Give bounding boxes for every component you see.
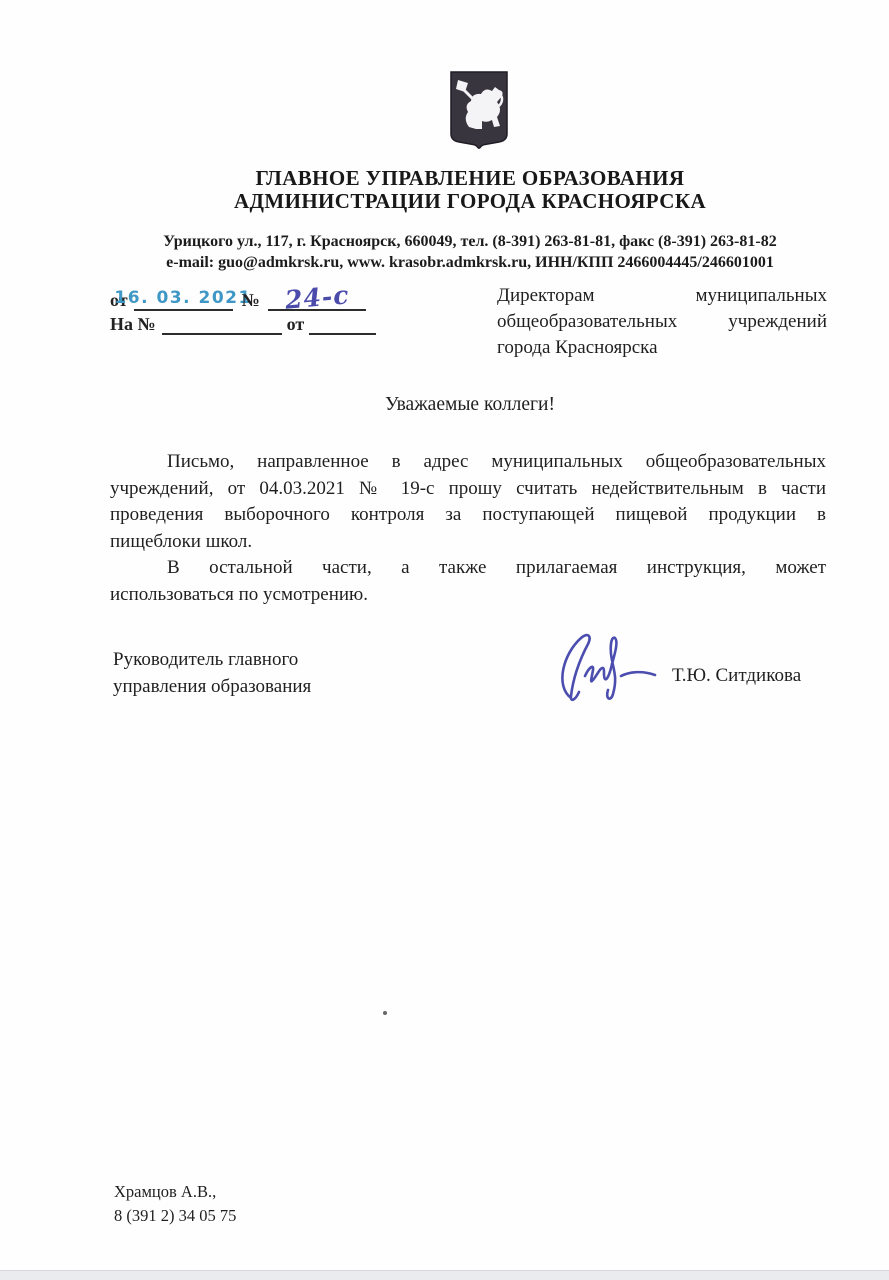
reference-row-reply: На № от xyxy=(110,312,376,335)
scanned-letter-page: ГЛАВНОЕ УПРАВЛЕНИЕ ОБРАЗОВАНИЯ АДМИНИСТР… xyxy=(0,0,889,1280)
executor-phone: 8 (391 2) 34 05 75 xyxy=(114,1204,236,1228)
number-handwritten: 24-с xyxy=(283,280,350,315)
body-line: использоваться по усмотрению. xyxy=(110,582,826,609)
reply-from-label: от xyxy=(287,314,305,335)
recipient-line: города Красноярска xyxy=(497,335,827,361)
recipient-block: Директорам муниципальных общеобразовател… xyxy=(497,283,827,361)
signer-name: Т.Ю. Ситдикова xyxy=(672,665,801,687)
date-stamp: 16. 03. 2021 xyxy=(114,288,251,308)
org-email-line: e-mail: guo@admkrsk.ru, www. krasobr.adm… xyxy=(60,252,880,273)
reply-number-field xyxy=(162,333,282,335)
reply-date-field xyxy=(309,333,376,335)
body-line: учреждений, от 04.03.2021 № 19-с прошу с… xyxy=(110,476,826,503)
reply-label: На № xyxy=(110,314,156,335)
letter-body: Письмо, направленное в адрес муниципальн… xyxy=(110,449,826,608)
signer-position-line: управления образования xyxy=(113,673,413,700)
reference-row-outgoing: от 16. 03. 2021 № 24-с xyxy=(110,286,376,311)
recipient-line: общеобразовательных учреждений xyxy=(497,309,827,335)
body-line: В остальной части, а также прилагаемая и… xyxy=(110,555,826,582)
number-field: 24-с xyxy=(268,283,366,311)
date-field: 16. 03. 2021 xyxy=(134,288,233,311)
body-line: Письмо, направленное в адрес муниципальн… xyxy=(110,449,826,476)
org-name: ГЛАВНОЕ УПРАВЛЕНИЕ ОБРАЗОВАНИЯ АДМИНИСТР… xyxy=(85,167,855,213)
scan-bottom-edge xyxy=(0,1270,889,1280)
org-address-line: Урицкого ул., 117, г. Красноярск, 660049… xyxy=(60,231,880,252)
handwritten-signature-icon xyxy=(543,612,673,714)
signer-position: Руководитель главного управления образов… xyxy=(113,646,413,700)
org-name-line1: ГЛАВНОЕ УПРАВЛЕНИЕ ОБРАЗОВАНИЯ xyxy=(85,167,855,190)
reference-block: от 16. 03. 2021 № 24-с На № от xyxy=(110,286,376,335)
recipient-line: Директорам муниципальных xyxy=(497,283,827,309)
executor-contact: Храмцов А.В., 8 (391 2) 34 05 75 xyxy=(114,1180,236,1227)
executor-name: Храмцов А.В., xyxy=(114,1180,236,1204)
scan-speck xyxy=(383,1011,387,1015)
org-contacts: Урицкого ул., 117, г. Красноярск, 660049… xyxy=(60,231,880,273)
signer-position-line: Руководитель главного xyxy=(113,646,413,673)
body-line: проведения выборочного контроля за посту… xyxy=(110,502,826,529)
salutation: Уважаемые коллеги! xyxy=(85,394,855,416)
krasnoyarsk-coat-of-arms-icon xyxy=(449,71,509,151)
body-line: пищеблоки школ. xyxy=(110,529,826,556)
number-label: № xyxy=(242,290,260,311)
org-name-line2: АДМИНИСТРАЦИИ ГОРОДА КРАСНОЯРСКА xyxy=(85,190,855,213)
